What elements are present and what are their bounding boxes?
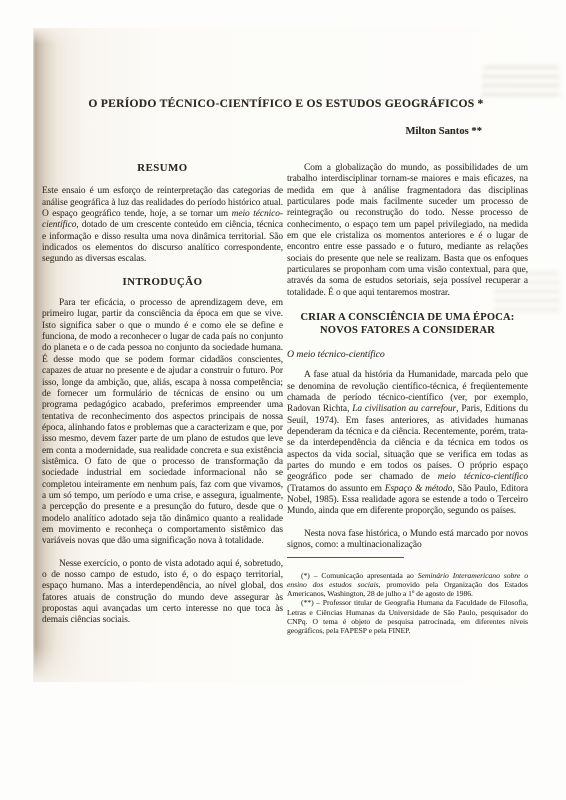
intro-paragraph-2: Nesse exercício, o ponto de vista adotad… <box>42 559 283 627</box>
footnote-divider <box>287 557 404 558</box>
article-author: Milton Santos ** <box>40 126 482 137</box>
subsection-heading: O meio técnico-científico <box>287 349 528 360</box>
resumo-heading: RESUMO <box>42 163 283 174</box>
section-heading: CRIAR A CONSCIÊNCIA DE UMA ÉPOCA: NOVOS … <box>287 312 528 337</box>
introducao-heading: INTRODUÇÃO <box>42 277 283 288</box>
footnote-asterisk: (*) – Comunicação apresentada ao Seminár… <box>287 571 528 598</box>
right-column: Com a globalização do mundo, as possibil… <box>287 163 528 551</box>
footnote-double-asterisk: (**) – Professor titular de Geografia Hu… <box>287 598 528 634</box>
right-paragraph-2: A fase atual da história da Humanidade, … <box>287 370 528 517</box>
intro-paragraph-1: Para ter eficácia, o processo de aprendi… <box>42 298 283 548</box>
article-header: O PERÍODO TÉCNICO-CIENTÍFICO E OS ESTUDO… <box>40 97 532 137</box>
left-column: RESUMO Este ensaio é um esforço de reint… <box>42 163 283 627</box>
footnotes-block: (*) – Comunicação apresentada ao Seminár… <box>287 557 528 635</box>
article-title: O PERÍODO TÉCNICO-CIENTÍFICO E OS ESTUDO… <box>40 97 532 110</box>
right-paragraph-1: Com a globalização do mundo, as possibil… <box>287 163 528 299</box>
resumo-paragraph: Este ensaio é um esforço de reinterpreta… <box>42 186 283 265</box>
right-paragraph-3: Nesta nova fase histórica, o Mundo está … <box>287 529 528 552</box>
scanned-journal-page: O PERÍODO TÉCNICO-CIENTÍFICO E OS ESTUDO… <box>0 0 566 800</box>
